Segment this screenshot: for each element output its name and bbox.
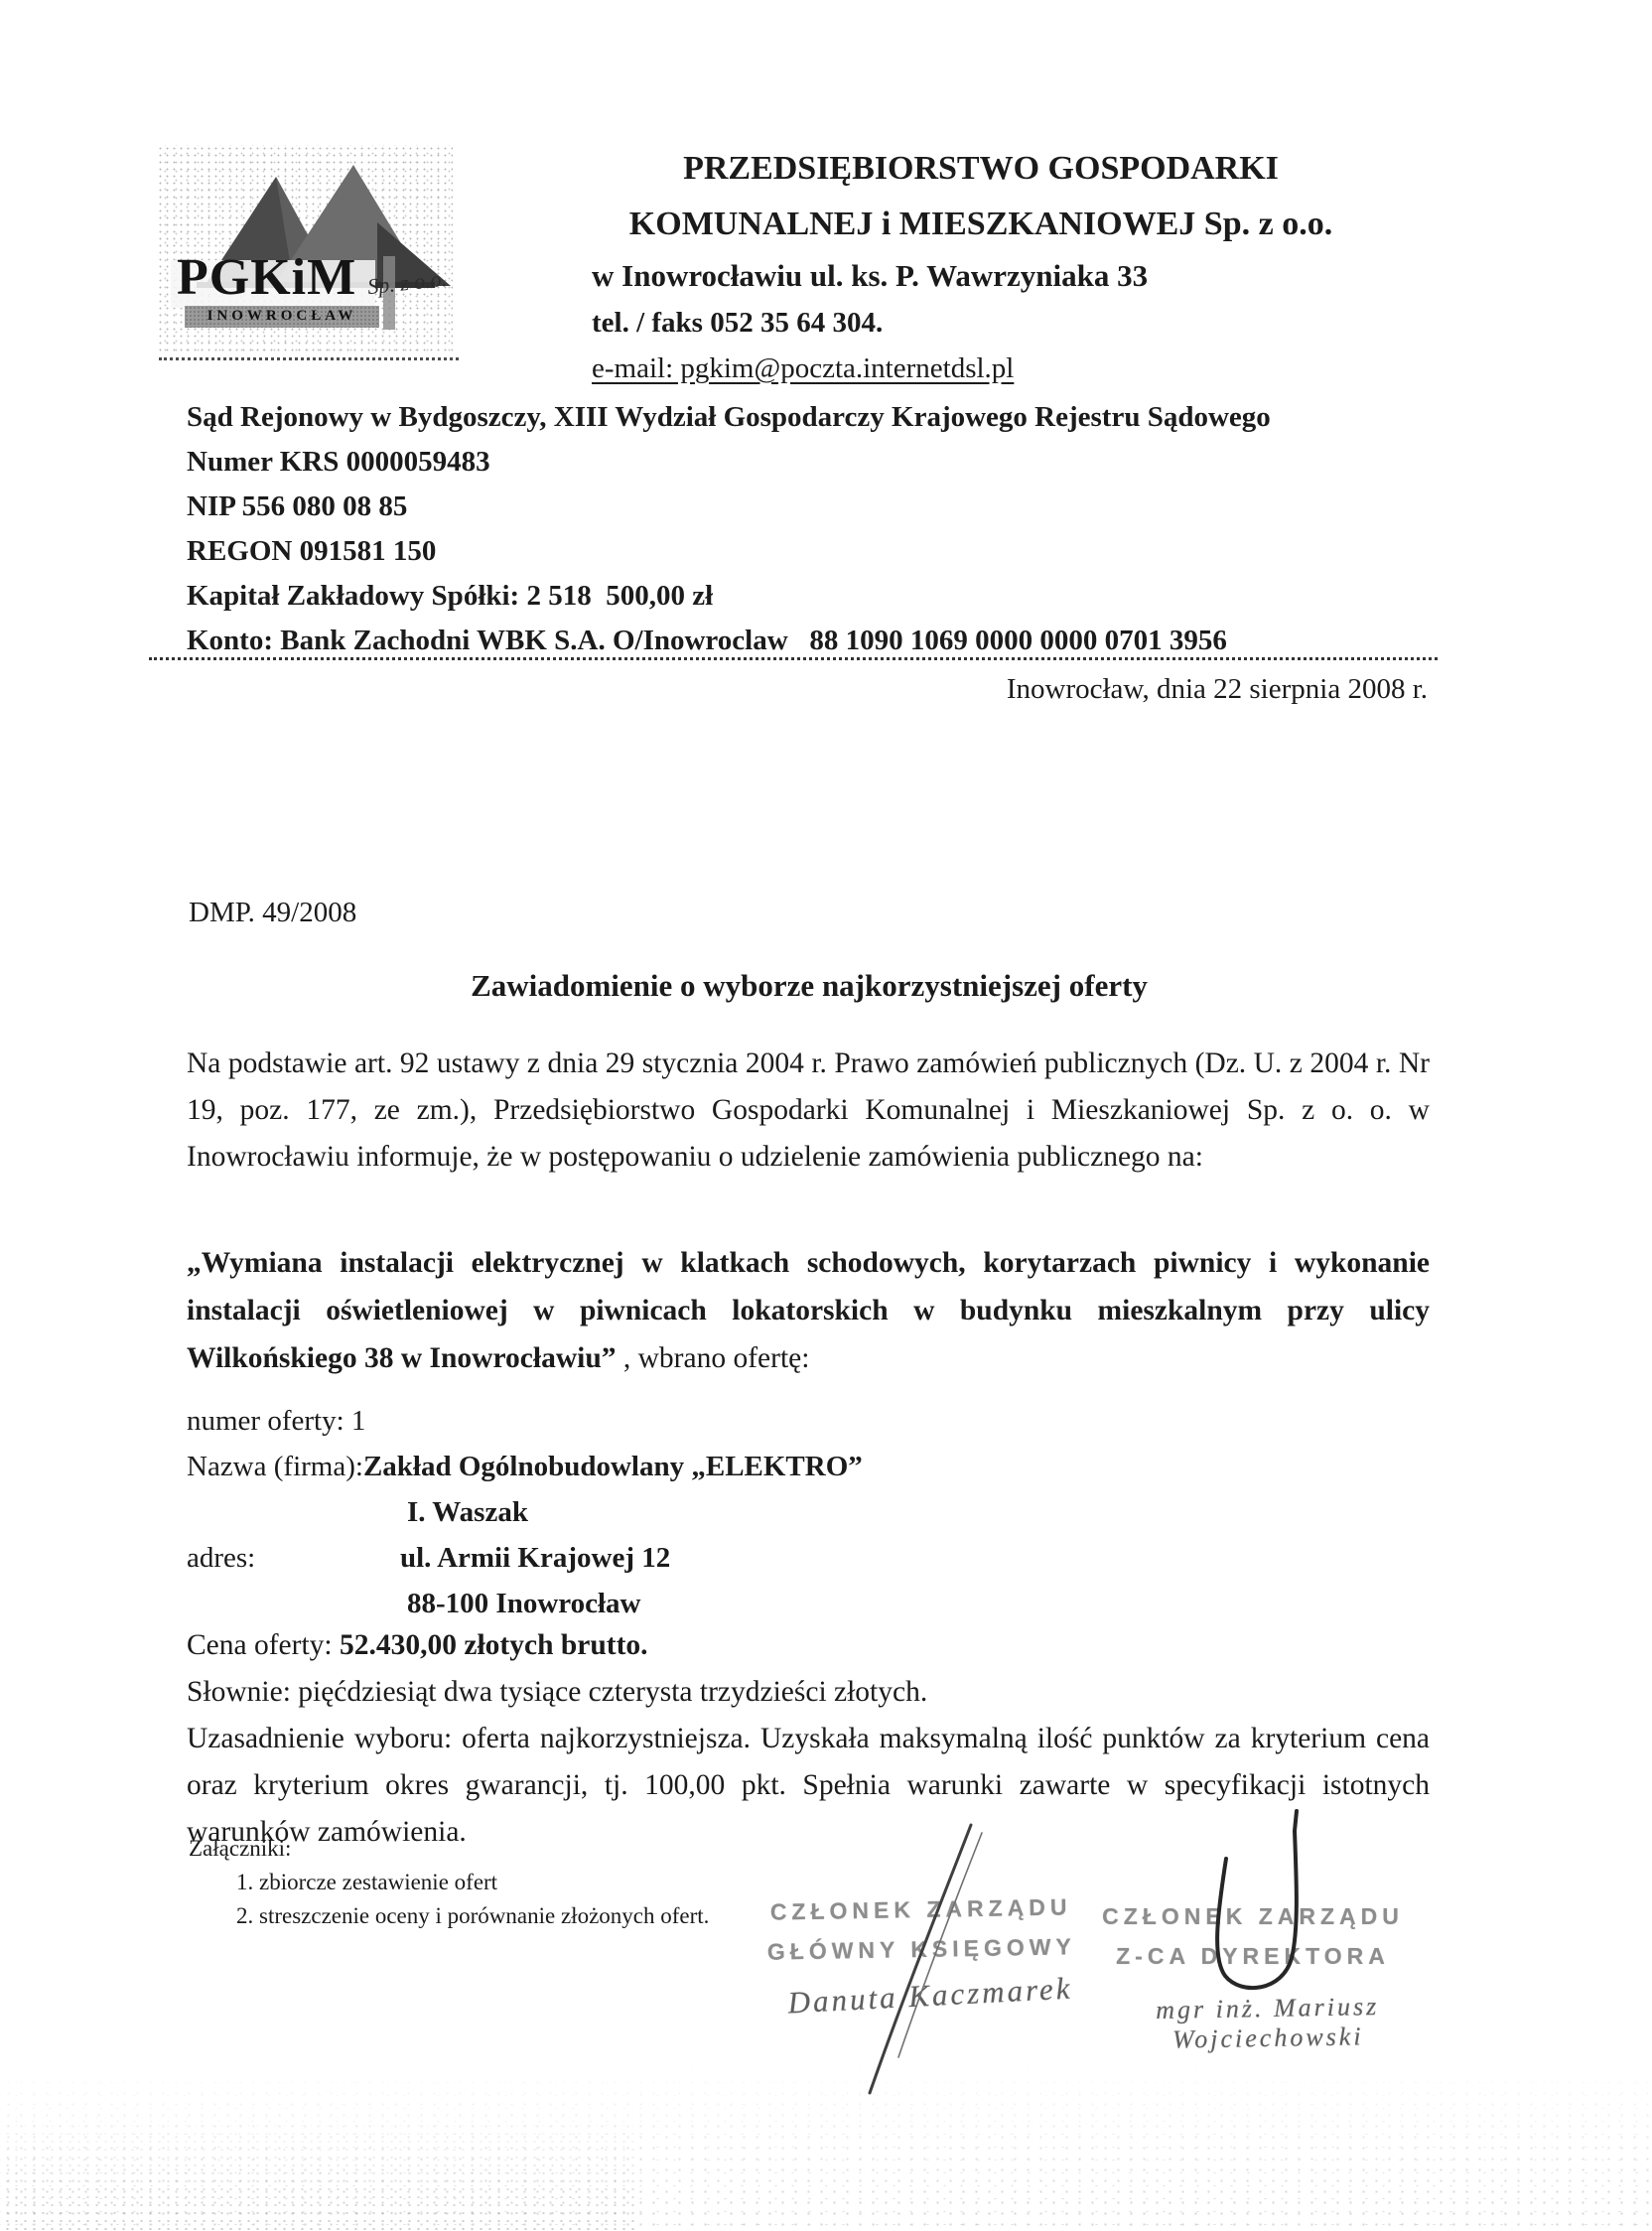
offer-name-line: Nazwa (firma): Zakład Ogólnobudowlany „E… [187, 1444, 1430, 1489]
offer-address-street: ul. Armii Krajowej 12 [400, 1542, 670, 1574]
offer-name-value: Zakład Ogólnobudowlany „ELEKTRO” [363, 1451, 863, 1482]
registry-court: Sąd Rejonowy w Bydgoszczy, XIII Wydział … [187, 395, 1457, 440]
offer-details: numer oferty: 1 Nazwa (firma): Zakład Og… [187, 1398, 1430, 1626]
price-line: Cena oferty: 52.430,00 złotych brutto. [187, 1622, 1430, 1669]
stamp-right-line1: CZŁONEK ZARZĄDU [1082, 1896, 1424, 1936]
stamp-left-line1: CZŁONEK ZARZĄDU [754, 1886, 1088, 1932]
subject-paragraph: „Wymiana instalacji elektrycznej w klatk… [187, 1239, 1430, 1382]
registry-capital: Kapitał Zakładowy Spółki: 2 518 500,00 z… [187, 574, 1457, 619]
signature-name-left: Danuta Kaczmarek [746, 1968, 1114, 2022]
registry-krs: Numer KRS 0000059483 [187, 440, 1457, 485]
company-address: w Inowrocławiu ul. ks. P. Wawrzyniaka 33 [544, 258, 1418, 294]
company-email: e-mail: pgkim@poczta.internetdsl.pl [544, 351, 1418, 385]
company-name-line1: PRZEDSIĘBIORSTWO GOSPODARKI [544, 149, 1418, 189]
attachments-block: Załączniki: 1. zbiorcze zestawienie ofer… [189, 1832, 709, 1933]
offer-name-label: Nazwa (firma): [187, 1444, 363, 1489]
logo-city: INOWROCŁAW [185, 306, 379, 328]
price-in-words: Słownie: pięćdziesiąt dwa tysiące cztery… [187, 1669, 1430, 1716]
document-page: PGKiM INOWROCŁAW Sp. z o.o. PRZEDSIĘBIOR… [0, 0, 1652, 2231]
stamp-left-line2: GŁÓWNY KSIĘGOWY [755, 1926, 1089, 1972]
offer-number-line: numer oferty: 1 [187, 1398, 1430, 1444]
offer-address-city: 88-100 Inowrocław [187, 1581, 1430, 1626]
logo-underline [159, 357, 459, 360]
offer-owner-name: I. Waszak [187, 1489, 1430, 1535]
attachment-item: 1. zbiorcze zestawienie ofert [189, 1866, 709, 1899]
logo-acronym: PGKiM [177, 252, 356, 304]
price-value: 52.430,00 złotych brutto. [340, 1629, 648, 1661]
subject-tail-text: , wbrano ofertę: [616, 1342, 809, 1374]
letterhead: PRZEDSIĘBIORSTWO GOSPODARKI KOMUNALNEJ i… [544, 149, 1418, 385]
document-title: Zawiadomienie o wyborze najkorzystniejsz… [189, 968, 1430, 1004]
dateline: Inowrocław, dnia 22 sierpnia 2008 r. [894, 673, 1428, 706]
offer-address-label: adres: [187, 1535, 400, 1581]
intro-paragraph: Na podstawie art. 92 ustawy z dnia 29 st… [187, 1041, 1430, 1181]
company-email-text: e-mail: pgkim@poczta.internetdsl.pl [592, 352, 1014, 384]
price-label: Cena oferty: [187, 1629, 340, 1661]
registry-nip: NIP 556 080 08 85 [187, 485, 1457, 529]
signature-name-right: mgr inż. Mariusz Wojciechowski [1064, 1990, 1472, 2056]
stamp-right: CZŁONEK ZARZĄDU Z-CA DYREKTORA [1082, 1896, 1424, 1976]
stamp-left: CZŁONEK ZARZĄDU GŁÓWNY KSIĘGOWY [754, 1886, 1088, 1972]
offer-address-line: adres:ul. Armii Krajowej 12 [187, 1535, 1430, 1581]
registry-block: Sąd Rejonowy w Bydgoszczy, XIII Wydział … [187, 395, 1457, 663]
registry-regon: REGON 091581 150 [187, 529, 1457, 574]
company-logo: PGKiM INOWROCŁAW Sp. z o.o. [157, 145, 453, 353]
reference-number: DMP. 49/2008 [189, 897, 356, 929]
dotted-separator [149, 657, 1438, 660]
attachment-item: 2. streszczenie oceny i porównanie złożo… [189, 1899, 709, 1933]
stamp-right-line2: Z-CA DYREKTORA [1082, 1936, 1424, 1976]
attachments-label: Załączniki: [189, 1832, 709, 1866]
scan-noise [0, 2112, 635, 2231]
price-block: Cena oferty: 52.430,00 złotych brutto. S… [187, 1622, 1430, 1856]
company-phone: tel. / faks 052 35 64 304. [544, 306, 1418, 340]
company-name-line2: KOMUNALNEJ i MIESZKANIOWEJ Sp. z o.o. [544, 205, 1418, 244]
